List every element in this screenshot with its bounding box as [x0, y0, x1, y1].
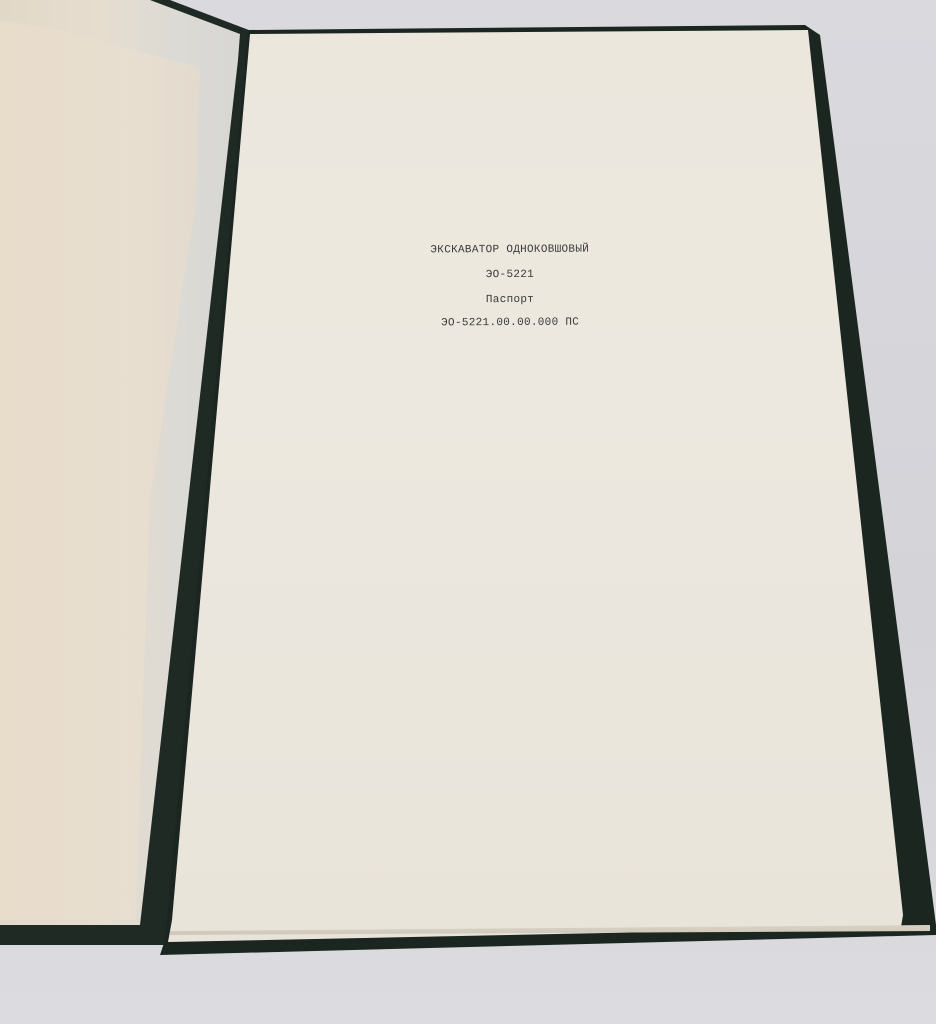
document-title: ЭКСКАВАТОР ОДНОКОВШОВЫЙ	[390, 243, 630, 256]
model-number: ЭО-5221	[390, 268, 630, 281]
photo-scene: ЭКСКАВАТОР ОДНОКОВШОВЫЙ ЭО-5221 Паспорт …	[0, 0, 936, 1024]
title-page	[168, 30, 933, 945]
title-block: ЭКСКАВАТОР ОДНОКОВШОВЫЙ ЭО-5221 Паспорт …	[390, 243, 631, 342]
document-type: Паспорт	[390, 293, 630, 306]
document-number: ЭО-5221.00.00.000 ПС	[390, 316, 630, 329]
